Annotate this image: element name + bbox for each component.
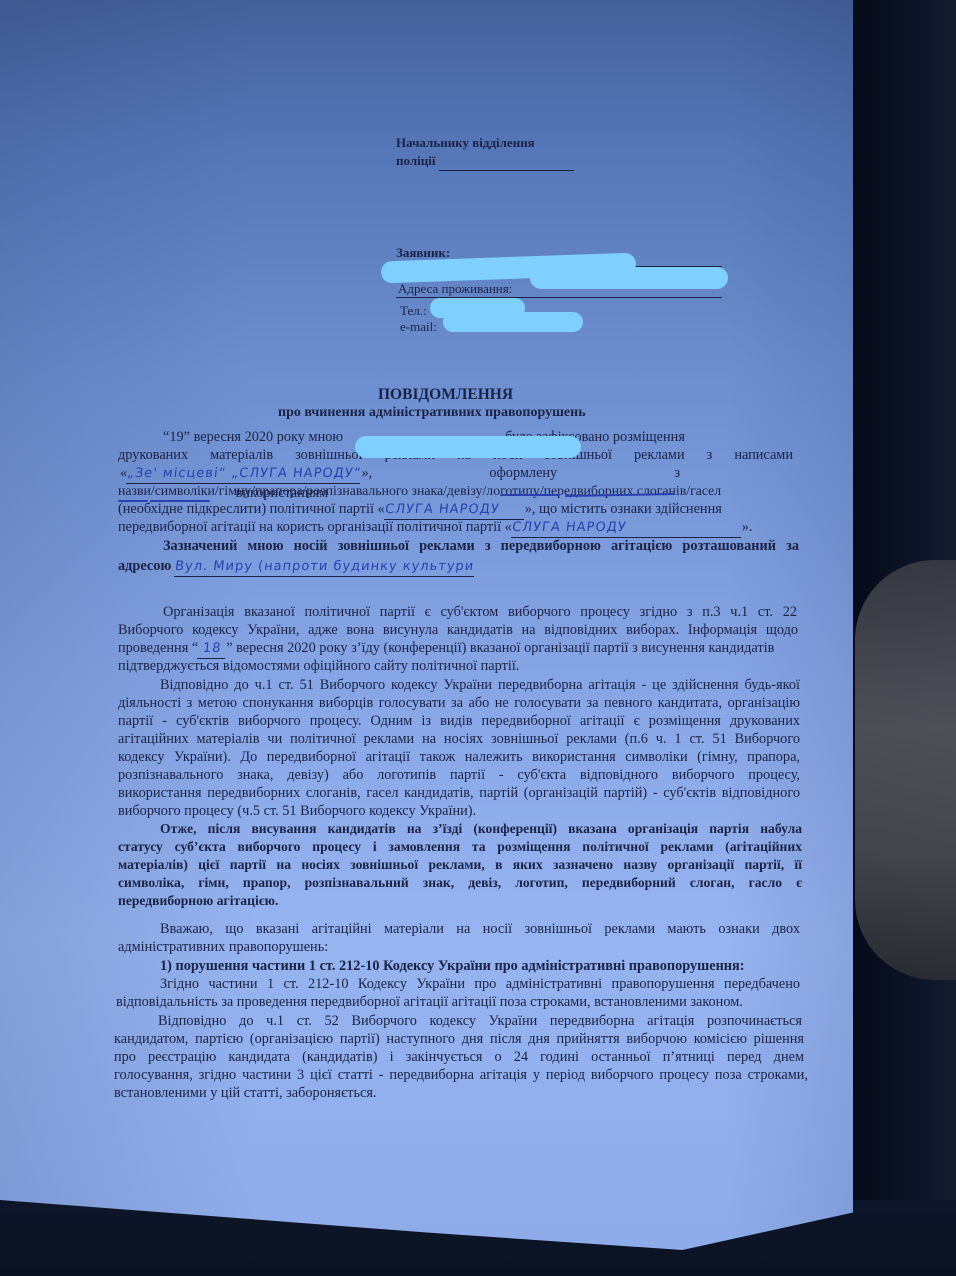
redaction-reporter (355, 436, 581, 458)
p1-line1: Організація вказаної політичної партії є… (163, 603, 797, 621)
p1-line3-b: ” вересня 2020 року з’їду (конференції) … (226, 640, 774, 656)
handwritten-address: Вул. Миру (напроти будинку культури (174, 558, 476, 577)
redaction-address (530, 267, 728, 289)
form-line6-text-a: передвиборної агітації на користь органі… (118, 519, 512, 535)
form-line5: (необхідне підкреслити) політичної парті… (118, 500, 798, 520)
p3-line2: статусу суб’єкта виборчого процесу і зам… (118, 838, 802, 856)
document-title: ПОВІДОМЛЕННЯ (378, 386, 513, 404)
handwritten-underline-name (118, 500, 148, 502)
form-line3-mid: оформлену (489, 465, 557, 481)
location-statement: Зазначений мною носій зовнішньої реклами… (163, 537, 799, 555)
form-line3-z: з (674, 465, 680, 481)
police-dept-blank (439, 152, 574, 171)
handwritten-underline-logo (500, 494, 560, 496)
form-line6: передвиборної агітації на користь органі… (118, 518, 798, 538)
p4-line1: Вважаю, що вказані агітаційні матеріали … (160, 920, 800, 938)
p2-line4: агітаційних матеріалів чи політичної рек… (118, 730, 800, 748)
p2-line3: партії - суб'єктів виборчого процесу. Од… (118, 712, 800, 730)
p5-line2: відповідальність за проведення передвибо… (116, 993, 806, 1011)
date-day: “19” (163, 429, 190, 445)
form-line4-options: назви/символіки/гімну/прапора/розпізнава… (118, 482, 798, 500)
p3-line4: символіка, гімн, прапор, розпізнавальний… (118, 874, 802, 892)
handwritten-party-name-2: СЛУГА НАРОДУ (511, 519, 743, 538)
p1-line3: проведення “18” вересня 2020 року з’їду … (118, 639, 798, 659)
email-label: e-mail: (400, 318, 437, 336)
document-subtitle: про вчинення адміністративних правопоруш… (278, 404, 586, 422)
p2-line7: використання передвиборних слоганів, гас… (118, 784, 800, 802)
p1-line2: Виборчого кодексу України, адже вона вис… (118, 621, 798, 639)
recipient-line1: Начальнику відділення (396, 134, 535, 152)
address-label: Адреса проживання: (398, 280, 512, 298)
recipient-line2: поліції (396, 152, 574, 171)
p5-line1: Згідно частини 1 ст. 212-10 Кодексу Укра… (160, 975, 800, 993)
address-prefix: адресою (118, 558, 171, 574)
redaction-email (443, 312, 583, 332)
p2-line8: виборчого процесу (ч.5 ст. 51 Виборчого … (118, 802, 800, 820)
handwritten-underline-symbols (150, 500, 210, 502)
p6-line5: встановленими у цій статті, забороняєтьс… (114, 1084, 804, 1102)
form-line6-text-b: ». (742, 519, 753, 535)
p6-line2: кандидатом, партією (організацією партії… (114, 1030, 804, 1048)
p6-line3: про реєстрацію кандидата (кандидатів) і … (114, 1048, 804, 1066)
p2-line1: Відповідно до ч.1 ст. 51 Виборчого кодек… (160, 676, 800, 694)
p2-line2: діяльності з метою спонукання виборців г… (118, 694, 800, 712)
form-line1-text-a: вересня 2020 року мною (194, 429, 343, 445)
p1-line3-a: проведення “ (118, 640, 198, 656)
p1-line4: підтверджується відомостями офіційного с… (118, 657, 798, 675)
address-field: адресою Вул. Миру (напроти будинку культ… (118, 557, 798, 577)
form-line5-text-a: (необхідне підкреслити) політичної парті… (118, 501, 385, 517)
p4-line2: адміністративних правопорушень: (118, 938, 798, 956)
form-line5-text-b: », що містить ознаки здійснення (525, 501, 722, 517)
recipient-police-label: поліції (396, 153, 435, 168)
hand-holding-paper (855, 560, 956, 980)
violation-heading: 1) порушення частини 1 ст. 212-10 Кодекс… (160, 957, 840, 975)
p2-line6: розпізнавального знака, девізу) або лого… (118, 766, 800, 784)
p6-line1: Відповідно до ч.1 ст. 52 Виборчого кодек… (158, 1012, 802, 1030)
p3-line1: Отже, після висування кандидатів на з’їз… (160, 820, 802, 838)
p3-line3: матеріалів) цієї партії на носіях зовніш… (118, 856, 802, 874)
quote-close: », (362, 465, 373, 481)
p2-line5: кодексу України). До передвиборної агіта… (118, 748, 800, 766)
p6-line4: голосування, згідно частини 3 цієї статт… (114, 1066, 808, 1084)
p3-line5: передвиборною агітацією. (118, 892, 802, 910)
